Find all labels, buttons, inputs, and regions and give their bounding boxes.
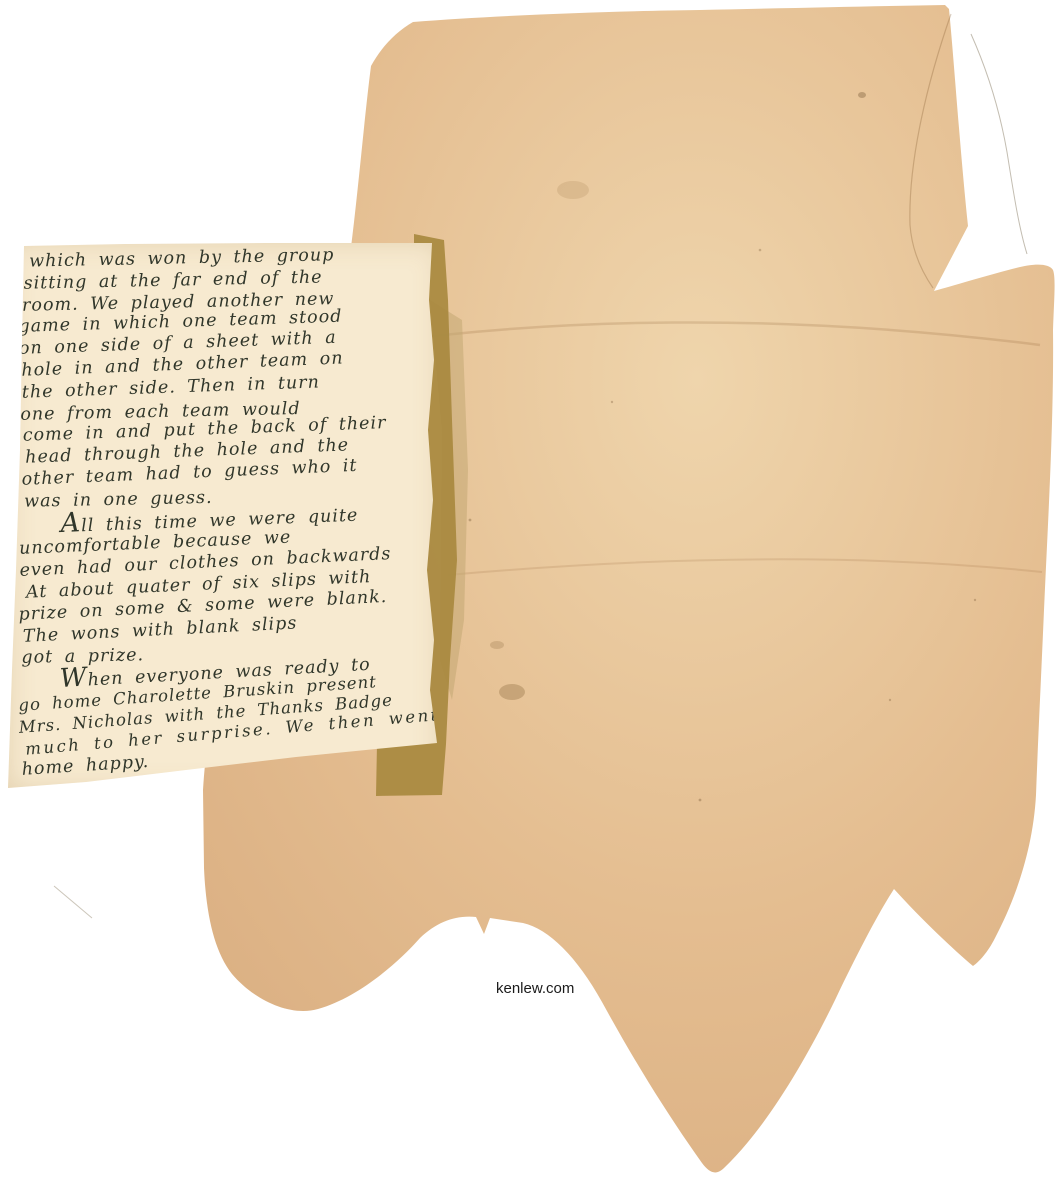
watermark-text: kenlew.com	[496, 980, 574, 997]
handwritten-note: which was won by the group sitting at th…	[6, 240, 442, 792]
handwriting-text: which was won by the group sitting at th…	[0, 231, 442, 792]
